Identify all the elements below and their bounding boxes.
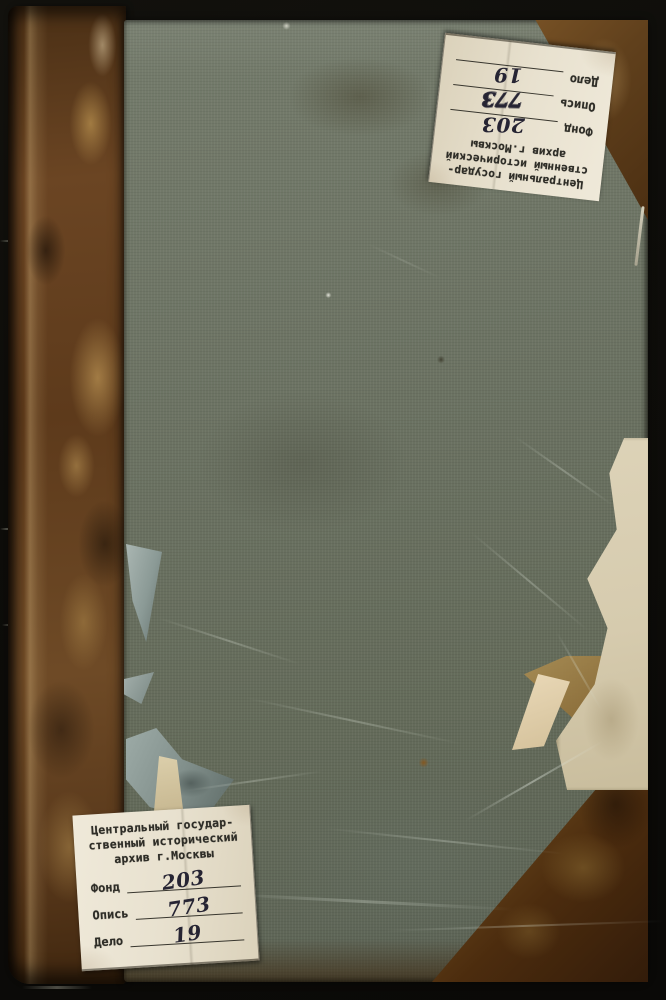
- archive-book-photo: Центральный государ- ственный историческ…: [0, 0, 666, 1000]
- torn-cloth-flap: [124, 672, 154, 704]
- field-underline: 19: [129, 920, 244, 947]
- background-scratch: [22, 986, 92, 989]
- field-name-fond: Фонд: [563, 122, 597, 140]
- scuff-streak: [514, 436, 613, 506]
- label-field-row: Фонд 203: [86, 866, 245, 896]
- label-field-row: Дело 19: [89, 920, 248, 950]
- scuff-streak: [367, 243, 440, 279]
- field-value-delo: 19: [494, 67, 523, 84]
- field-name-fond: Фонд: [86, 880, 120, 896]
- field-value-opis: 773: [166, 896, 211, 918]
- torn-cloth-flap: [126, 544, 162, 642]
- scuff-streak: [325, 827, 564, 854]
- scuff-streak: [471, 532, 587, 630]
- field-underline: 773: [135, 893, 243, 919]
- scuff-streak: [214, 892, 514, 911]
- scuff-streak: [157, 617, 300, 665]
- archive-label-top: Центральный государ- ственный историческ…: [428, 33, 616, 202]
- field-value-fond: 203: [481, 116, 525, 133]
- field-name-delo: Дело: [90, 934, 124, 950]
- field-name-opis: Опись: [559, 96, 600, 114]
- label-field-row: Опись 773: [88, 893, 247, 923]
- loose-thread: [634, 206, 644, 266]
- field-value-opis: 773: [482, 91, 523, 108]
- field-name-opis: Опись: [88, 906, 129, 922]
- field-value-delo: 19: [172, 924, 203, 944]
- field-underline: 203: [126, 866, 241, 893]
- field-name-delo: Дело: [569, 72, 603, 90]
- archive-label-bottom: Центральный государ- ственный историческ…: [72, 805, 259, 972]
- scuff-streak: [246, 697, 462, 745]
- field-value-fond: 203: [161, 869, 206, 891]
